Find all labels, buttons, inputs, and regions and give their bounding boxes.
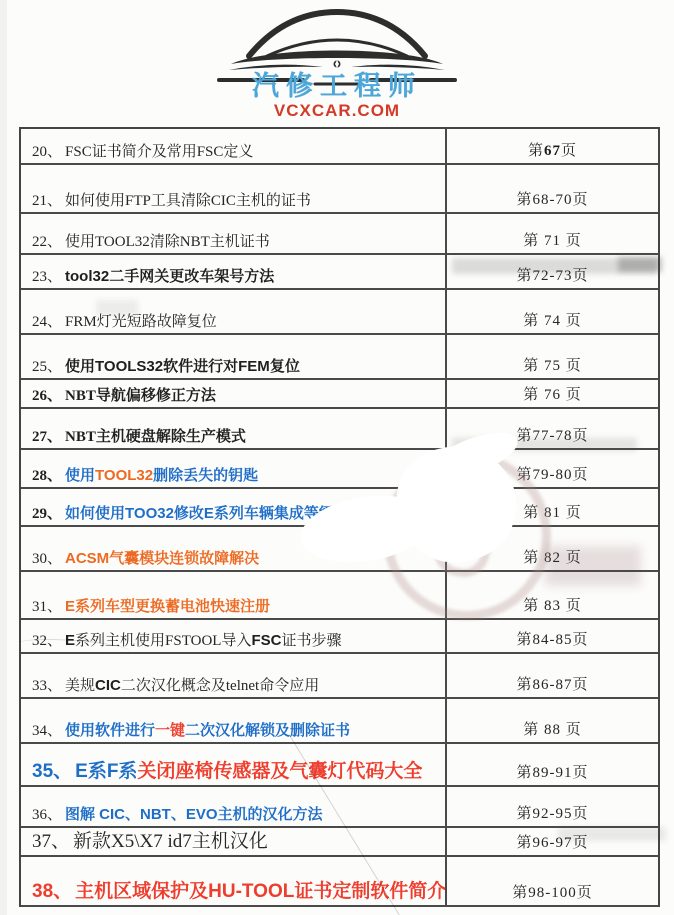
toc-item-number: 24、 xyxy=(32,310,62,331)
page-ref: 第 71 页 xyxy=(447,214,658,253)
toc-item-title: E系列主机使用FSTOOL导入FSC证书步骤 xyxy=(65,629,341,650)
toc-item: 31、E系列车型更换蓄电池快速注册 xyxy=(21,572,447,618)
toc-item-number: 21、 xyxy=(32,189,62,210)
toc-item: 37、新款X5\X7 id7主机汉化 xyxy=(21,828,447,855)
toc-item: 35、E系F系关闭座椅传感器及气囊灯代码大全 xyxy=(21,744,447,785)
toc-item-title: ACSM气囊模块连锁故障解决 xyxy=(65,547,259,568)
toc-item-number: 29、 xyxy=(32,502,62,523)
toc-item: 32、E系列主机使用FSTOOL导入FSC证书步骤 xyxy=(21,620,447,652)
table-row: 23、tool32二手网关更改车架号方法第72-73页 xyxy=(21,255,658,290)
page-ref: 第 82 页 xyxy=(447,527,658,570)
toc-item-number: 38、 xyxy=(32,876,72,903)
page-ref: 第79-80页 xyxy=(447,450,658,487)
toc-item-number: 28、 xyxy=(32,464,62,485)
table-row: 21、如何使用FTP工具清除CIC主机的证书第68-70页 xyxy=(21,165,658,214)
table-row: 28、使用TOOL32删除丢失的钥匙第79-80页 xyxy=(21,450,658,489)
table-row: 24、FRM灯光短路故障复位第 74 页 xyxy=(21,290,658,335)
toc-item-number: 27、 xyxy=(32,425,62,446)
scan-page-edge xyxy=(0,0,7,915)
logo-site-url: VCXCAR.COM xyxy=(274,101,400,121)
page-ref: 第89-91页 xyxy=(447,744,658,785)
table-row: 36、图解 CIC、NBT、EVO主机的汉化方法第92-95页 xyxy=(21,787,658,828)
toc-item-number: 36、 xyxy=(32,803,62,824)
table-row: 22、使用TOOL32清除NBT主机证书第 71 页 xyxy=(21,214,658,255)
toc-item: 25、使用TOOLS32软件进行对FEM复位 xyxy=(21,335,447,378)
toc-item: 38、主机区域保护及HU-TOOL证书定制软件简介 xyxy=(21,857,447,905)
logo-title: 汽修工程师 xyxy=(252,64,422,103)
toc-item-title: NBT导航偏移修正方法 xyxy=(65,384,216,405)
site-logo: 汽修工程师 VCXCAR.COM xyxy=(0,4,674,121)
toc-item-title: 如何使用TOO32修改E系列车辆集成等级 xyxy=(65,502,334,523)
toc-item: 24、FRM灯光短路故障复位 xyxy=(21,290,447,333)
page-ref: 第 83 页 xyxy=(447,572,658,618)
toc-item-number: 37、 xyxy=(32,828,70,853)
table-row: 37、新款X5\X7 id7主机汉化第96-97页 xyxy=(21,828,658,857)
toc-item-title: 美规CIC二次汉化概念及telnet命令应用 xyxy=(65,674,319,695)
toc-item-number: 35、 xyxy=(32,756,72,783)
page-ref: 第77-78页 xyxy=(447,409,658,448)
toc-item-number: 23、 xyxy=(32,265,62,286)
page-ref: 第 75 页 xyxy=(447,335,658,378)
toc-item: 29、如何使用TOO32修改E系列车辆集成等级 xyxy=(21,489,447,525)
toc-item-title: E系列车型更换蓄电池快速注册 xyxy=(65,595,270,616)
toc-item-title: 主机区域保护及HU-TOOL证书定制软件简介 xyxy=(75,876,446,903)
table-row: 38、主机区域保护及HU-TOOL证书定制软件简介第98-100页 xyxy=(21,857,658,907)
toc-item: 36、图解 CIC、NBT、EVO主机的汉化方法 xyxy=(21,787,447,826)
page-ref: 第72-73页 xyxy=(447,255,658,288)
toc-item-title: 使用TOOLS32软件进行对FEM复位 xyxy=(65,355,300,376)
toc-item-title: E系F系关闭座椅传感器及气囊灯代码大全 xyxy=(75,756,422,783)
toc-item: 33、美规CIC二次汉化概念及telnet命令应用 xyxy=(21,654,447,697)
page-ref: 第86-87页 xyxy=(447,654,658,697)
toc-item-number: 26、 xyxy=(32,384,62,405)
table-row: 29、如何使用TOO32修改E系列车辆集成等级第 81 页 xyxy=(21,489,658,527)
toc-item-title: 新款X5\X7 id7主机汉化 xyxy=(73,828,268,853)
toc-item-number: 32、 xyxy=(32,629,62,650)
table-row: 32、E系列主机使用FSTOOL导入FSC证书步骤第84-85页 xyxy=(21,620,658,654)
table-row: 34、使用软件进行一键二次汉化解锁及删除证书第 88 页 xyxy=(21,699,658,744)
toc-item: 21、如何使用FTP工具清除CIC主机的证书 xyxy=(21,165,447,212)
table-row: 20、FSC证书简介及常用FSC定义第 67 页 xyxy=(21,129,658,165)
toc-item: 28、使用TOOL32删除丢失的钥匙 xyxy=(21,450,447,487)
toc-item-title: 使用TOOL32清除NBT主机证书 xyxy=(65,230,270,251)
page-ref: 第 81 页 xyxy=(447,489,658,525)
page-ref: 第98-100页 xyxy=(447,857,658,905)
toc-item-title: NBT主机硬盘解除生产模式 xyxy=(65,425,246,446)
toc-item-number: 34、 xyxy=(32,719,62,740)
toc-item: 27、 NBT主机硬盘解除生产模式 xyxy=(21,409,447,448)
page-ref: 第92-95页 xyxy=(447,787,658,826)
table-row: 26、NBT导航偏移修正方法第 76 页 xyxy=(21,380,658,409)
table-row: 25、使用TOOLS32软件进行对FEM复位第 75 页 xyxy=(21,335,658,380)
toc-item: 23、tool32二手网关更改车架号方法 xyxy=(21,255,447,288)
table-row: 27、 NBT主机硬盘解除生产模式第77-78页 xyxy=(21,409,658,450)
toc-item-title: FRM灯光短路故障复位 xyxy=(65,310,217,331)
toc-item-number: 20、 xyxy=(32,140,62,161)
toc-item-title: FSC证书简介及常用FSC定义 xyxy=(65,140,253,161)
toc-item-title: 使用软件进行一键二次汉化解锁及删除证书 xyxy=(65,719,350,740)
toc-item-title: 如何使用FTP工具清除CIC主机的证书 xyxy=(65,189,311,210)
toc-item: 34、使用软件进行一键二次汉化解锁及删除证书 xyxy=(21,699,447,742)
page-ref: 第 67 页 xyxy=(447,129,658,163)
page-ref: 第 88 页 xyxy=(447,699,658,742)
table-row: 35、E系F系关闭座椅传感器及气囊灯代码大全第89-91页 xyxy=(21,744,658,787)
toc-item: 20、FSC证书简介及常用FSC定义 xyxy=(21,129,447,163)
table-row: 33、美规CIC二次汉化概念及telnet命令应用第86-87页 xyxy=(21,654,658,699)
page-ref: 第 76 页 xyxy=(447,380,658,407)
table-row: 31、E系列车型更换蓄电池快速注册第 83 页 xyxy=(21,572,658,620)
toc-item-number: 31、 xyxy=(32,595,62,616)
toc-item-number: 22、 xyxy=(32,230,62,251)
toc-item: 26、NBT导航偏移修正方法 xyxy=(21,380,447,407)
toc-table: 20、FSC证书简介及常用FSC定义第 67 页21、如何使用FTP工具清除CI… xyxy=(19,127,660,907)
page-ref: 第68-70页 xyxy=(447,165,658,212)
toc-item-number: 30、 xyxy=(32,547,62,568)
page-ref: 第96-97页 xyxy=(447,828,658,855)
toc-item-title: 图解 CIC、NBT、EVO主机的汉化方法 xyxy=(65,803,323,824)
toc-item: 30、ACSM气囊模块连锁故障解决 xyxy=(21,527,447,570)
toc-item-title: tool32二手网关更改车架号方法 xyxy=(65,265,274,286)
toc-item-number: 25、 xyxy=(32,355,62,376)
table-row: 30、ACSM气囊模块连锁故障解决第 82 页 xyxy=(21,527,658,572)
toc-item-number: 33、 xyxy=(32,674,62,695)
toc-item: 22、使用TOOL32清除NBT主机证书 xyxy=(21,214,447,253)
page-ref: 第 74 页 xyxy=(447,290,658,333)
page-ref: 第84-85页 xyxy=(447,620,658,652)
toc-item-title: 使用TOOL32删除丢失的钥匙 xyxy=(65,464,258,485)
